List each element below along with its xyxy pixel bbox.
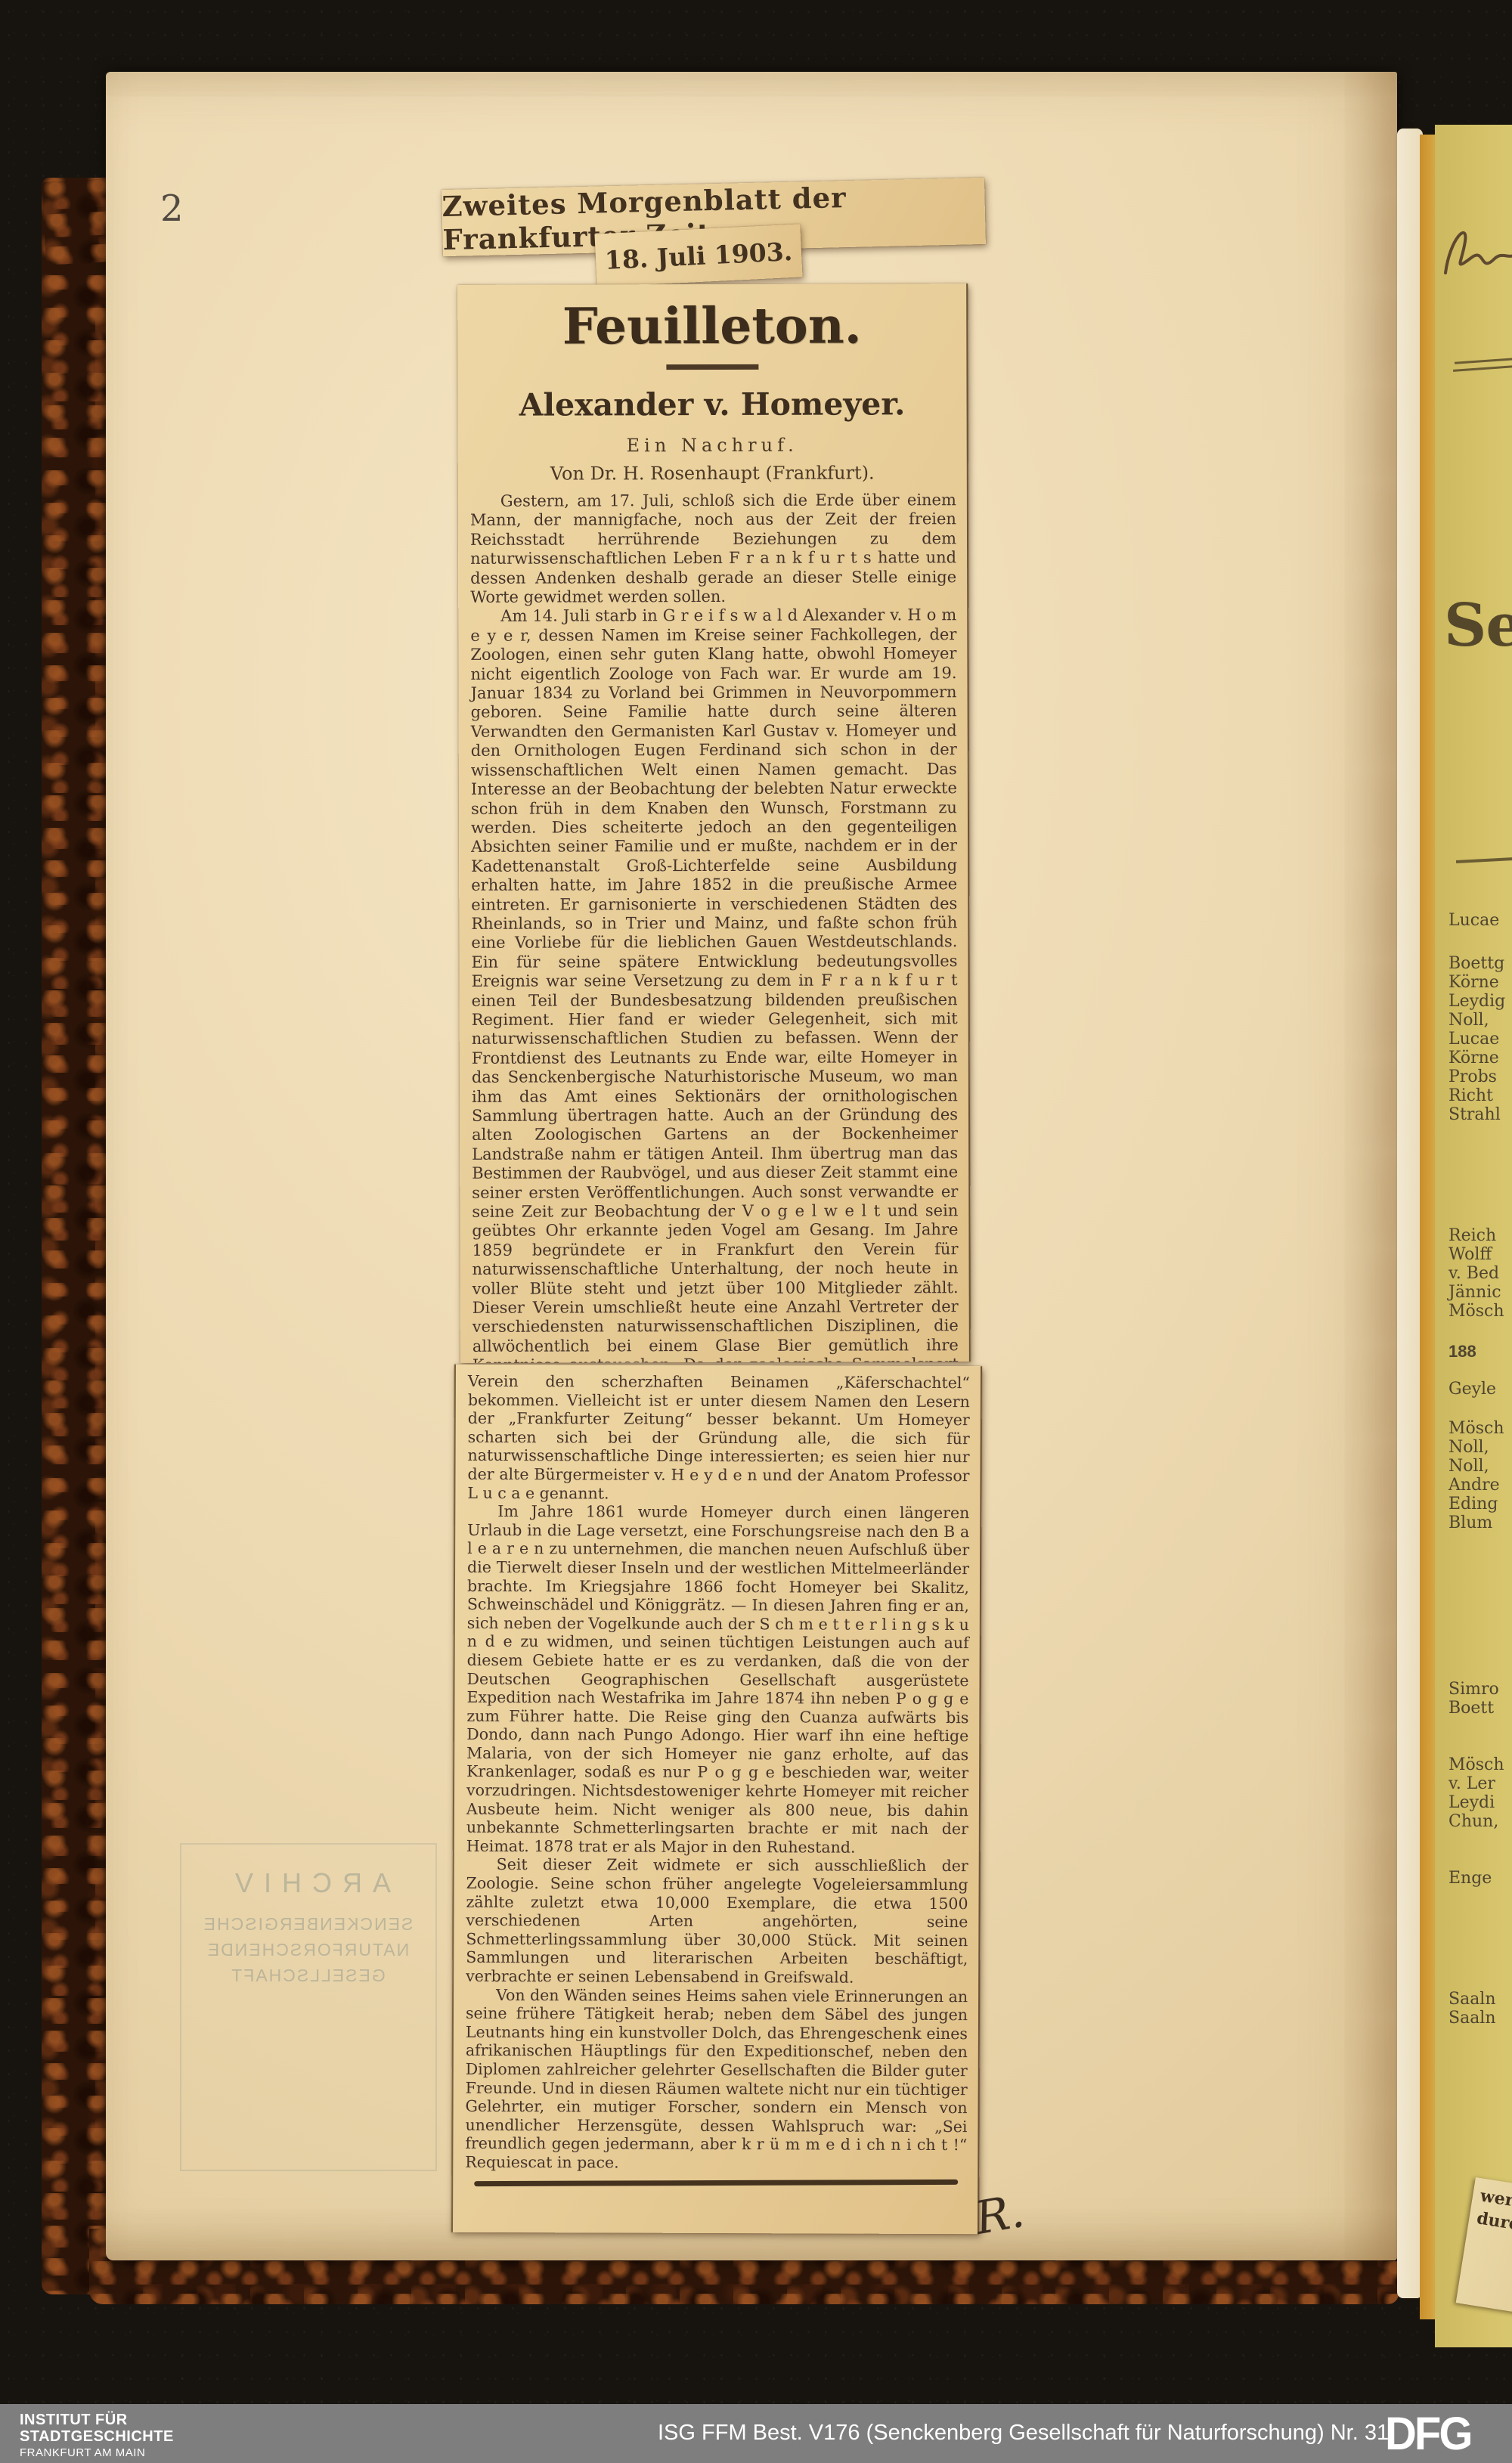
archival-scan-stage: ARCHIV SENCKENBERGISCHE NATURFORSCHENDE …: [0, 0, 1512, 2463]
stamp-bleedthrough-text: ARCHIV SENCKENBERGISCHE NATURFORSCHENDE …: [184, 1867, 431, 1988]
stamp-line: ARCHIV: [184, 1867, 431, 1899]
isg-logo-line: FRANKFURT AM MAIN: [20, 2447, 174, 2458]
article-title: Alexander v. Homeyer.: [457, 386, 966, 423]
stamp-line: NATURFORSCHENDE: [184, 1937, 431, 1963]
right-page-name-fragment: Saaln: [1448, 1990, 1496, 2009]
right-page-name-fragment: Chun,: [1448, 1812, 1498, 1831]
article-end-rule: [474, 2179, 958, 2186]
article-body-block2: Verein den scherzhaften Beinamen „Käfers…: [453, 1365, 981, 2186]
article-clipping-block1: Feuilleton. Alexander v. Homeyer. Ein Na…: [457, 283, 971, 1363]
isg-logo: INSTITUT FÜR STADTGESCHICHTE FRANKFURT A…: [20, 2412, 174, 2458]
right-page-torn-edge: [1397, 129, 1423, 2298]
right-page-name-fragment: Mösch: [1448, 1419, 1504, 1438]
article-subtitle: Ein Nachruf.: [458, 434, 967, 457]
fragment-line: durch Er: [1475, 2207, 1512, 2245]
isg-logo-line: STADTGESCHICHTE: [20, 2428, 174, 2445]
right-page-heading-fragment: Sen: [1444, 591, 1512, 660]
right-page-name-fragment: Eding: [1448, 1495, 1498, 1513]
archive-reference-caption: ISG FFM Best. V176 (Senckenberg Gesellsc…: [658, 2421, 1389, 2446]
right-page-name-fragment: Boett: [1448, 1699, 1494, 1718]
isg-logo-line: INSTITUT FÜR: [20, 2412, 174, 2428]
newspaper-date-text: 18. Juli 1903.: [604, 236, 793, 274]
stamp-line: GESELLSCHAFT: [184, 1963, 431, 1988]
feuilleton-masthead: Feuilleton.: [457, 296, 966, 356]
right-page-name-fragment: Lucae: [1448, 1030, 1499, 1049]
right-page-name-fragment: Enge: [1448, 1869, 1492, 1888]
article-paragraph: Am 14. Juli starb in G r e i f s w a l d…: [470, 606, 959, 1363]
right-page-name-fragment: Richt: [1448, 1086, 1493, 1105]
article-paragraph: Seit dieser Zeit widmete er sich ausschl…: [466, 1855, 968, 1987]
masthead-divider-rule: [666, 364, 758, 370]
right-page-name-fragment: v. Ler: [1448, 1774, 1495, 1793]
right-page-name-fragment: Leydi: [1448, 1793, 1495, 1812]
right-page-name-fragment: Wolff: [1448, 1245, 1492, 1264]
right-page-name-fragment: Strahl: [1448, 1105, 1501, 1124]
article-body-block1: Gestern, am 17. Juli, schloß sich die Er…: [458, 483, 969, 1363]
article-paragraph: Verein den scherzhaften Beinamen „Käfers…: [467, 1372, 970, 1504]
article-clipping-block2: Verein den scherzhaften Beinamen „Käfers…: [451, 1365, 982, 2234]
article-paragraph: Im Jahre 1861 wurde Homeyer durch einen …: [466, 1502, 970, 1857]
page-number: 2: [160, 187, 184, 230]
right-page-name-fragment: Noll,: [1448, 1438, 1489, 1457]
right-page-name-fragment: Körne: [1448, 973, 1499, 992]
right-page-name-fragment: Simro: [1448, 1680, 1499, 1699]
right-page-name-fragment: Mösch: [1448, 1302, 1504, 1321]
article-paragraph: Gestern, am 17. Juli, schloß sich die Er…: [470, 491, 956, 607]
dfg-logo: DFG: [1385, 2407, 1470, 2460]
newspaper-date-clipping: 18. Juli 1903.: [594, 224, 802, 287]
right-page-name-fragment: Reich: [1448, 1226, 1496, 1245]
right-page-name-fragment: Geyle: [1448, 1380, 1496, 1399]
right-page-name-fragment: Boettg: [1448, 954, 1504, 973]
right-page-name-fragment: Noll,: [1448, 1011, 1489, 1030]
right-page-name-fragment: Jännic: [1448, 1283, 1501, 1302]
right-page-name-fragment: Probs: [1448, 1067, 1497, 1086]
article-byline: Von Dr. H. Rosenhaupt (Frankfurt).: [458, 462, 967, 485]
right-page-name-fragment: Noll,: [1448, 1457, 1489, 1476]
right-page-year-fragment: 188: [1448, 1342, 1476, 1362]
right-page-name-fragment: Mösch: [1448, 1755, 1504, 1774]
footer-bar: INSTITUT FÜR STADTGESCHICHTE FRANKFURT A…: [0, 2404, 1512, 2463]
right-page-name-fragment: Lucae: [1448, 911, 1499, 930]
stamp-line: SENCKENBERGISCHE: [184, 1911, 431, 1937]
right-page-name-fragment: Körne: [1448, 1049, 1499, 1067]
handwritten-note-flourish: [1435, 208, 1512, 306]
handwritten-mark: R.: [971, 2185, 1027, 2245]
right-page-name-fragment: Saaln: [1448, 2009, 1496, 2028]
right-page-name-fragment: Andre: [1448, 1476, 1500, 1495]
right-page-name-fragment: Leydig: [1448, 992, 1505, 1011]
article-paragraph: Von den Wänden seines Heims sahen viele …: [465, 1985, 968, 2173]
right-page-name-fragment: v. Bed: [1448, 1264, 1499, 1283]
right-page-name-fragment: Blum: [1448, 1513, 1492, 1532]
